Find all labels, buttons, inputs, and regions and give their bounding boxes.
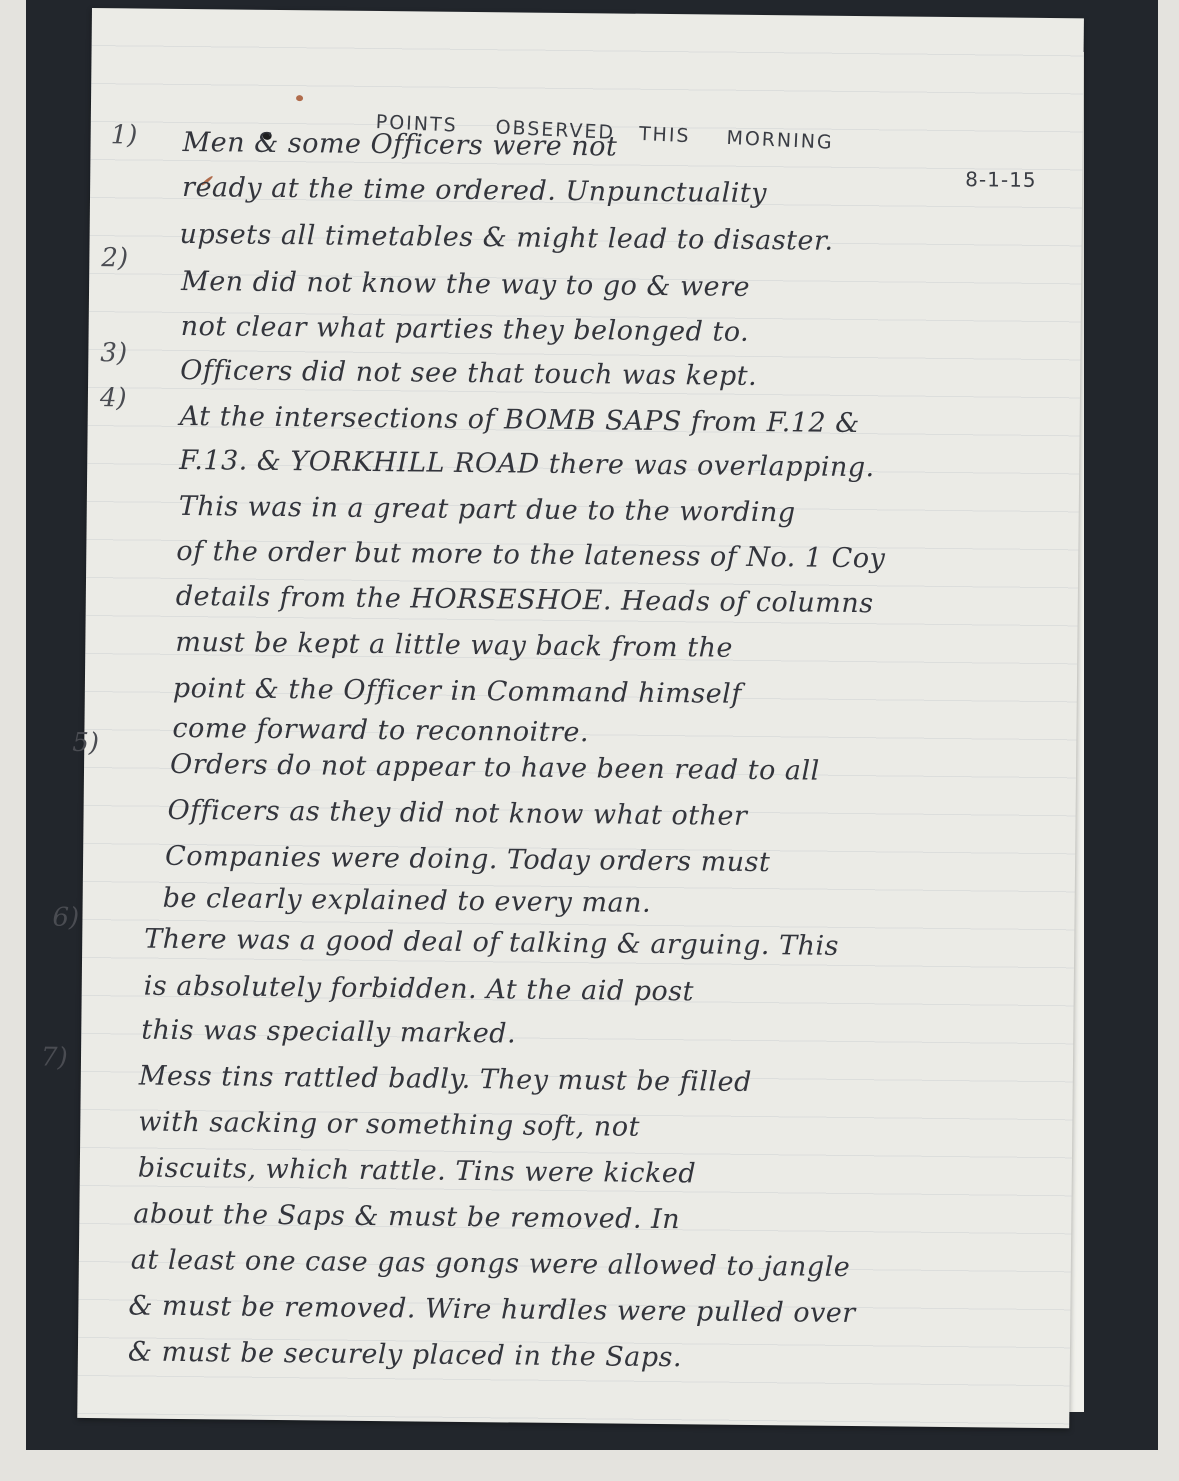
text-line: There was a good deal of talking & argui… — [144, 924, 839, 962]
text-line: Officers as they did not know what other — [167, 795, 747, 832]
item-number: 2) — [101, 243, 128, 273]
item-number: 5) — [72, 728, 99, 758]
text-line: must be kept a little way back from the — [175, 627, 733, 664]
text-line: come forward to reconnoitre. — [172, 713, 589, 748]
title-word: MORNING — [726, 127, 834, 154]
text-line: not clear what parties they belonged to. — [181, 311, 750, 348]
text-line: Officers did not see that touch was kept… — [180, 355, 757, 392]
title-word: THIS — [638, 123, 691, 147]
text-line: F.13. & YORKHILL ROAD there was overlapp… — [179, 445, 875, 483]
text-line: at least one case gas gongs were allowed… — [131, 1244, 851, 1283]
text-line: Men did not know the way to go & were — [181, 266, 750, 303]
item-number: 4) — [100, 383, 127, 413]
text-line: upsets all timetables & might lead to di… — [179, 219, 833, 257]
text-line: of the order but more to the lateness of… — [176, 536, 885, 574]
text-line: be clearly explained to every man. — [163, 883, 652, 919]
item-number: 6) — [52, 903, 79, 933]
text-line: about the Saps & must be removed. In — [133, 1199, 680, 1236]
text-line: Companies were doing. Today orders must — [165, 841, 771, 878]
handwritten-page: POINTSOBSERVEDTHISMORNING 8-1-15 1) 2) 3… — [77, 8, 1084, 1428]
text-line: point & the Officer in Command himself — [173, 673, 742, 710]
text-line: with sacking or something soft, not — [138, 1107, 640, 1143]
text-line: Men & some Officers were not — [182, 127, 617, 163]
text-line: details from the HORSESHOE. Heads of col… — [176, 581, 874, 619]
text-line: Mess tins rattled badly. They must be fi… — [139, 1061, 752, 1098]
document-date: 8-1-15 — [965, 167, 1037, 192]
text-line: & must be securely placed in the Saps. — [128, 1336, 682, 1373]
text-line: ready at the time ordered. Unpunctuality — [182, 172, 767, 209]
item-number: 7) — [41, 1043, 68, 1073]
text-line: & must be removed. Wire hurdles were pul… — [128, 1290, 856, 1329]
text-line: this was specially marked. — [141, 1015, 516, 1050]
text-line: biscuits, which rattle. Tins were kicked — [138, 1153, 697, 1190]
text-line: At the intersections of BOMB SAPS from F… — [180, 401, 860, 439]
text-line: This was in a great part due to the word… — [179, 491, 796, 528]
item-number: 3) — [100, 338, 127, 368]
text-line: Orders do not appear to have been read t… — [170, 749, 820, 787]
red-ink-mark — [296, 95, 303, 101]
item-number: 1) — [111, 120, 138, 150]
text-line: is absolutely forbidden. At the aid post — [144, 971, 694, 1008]
